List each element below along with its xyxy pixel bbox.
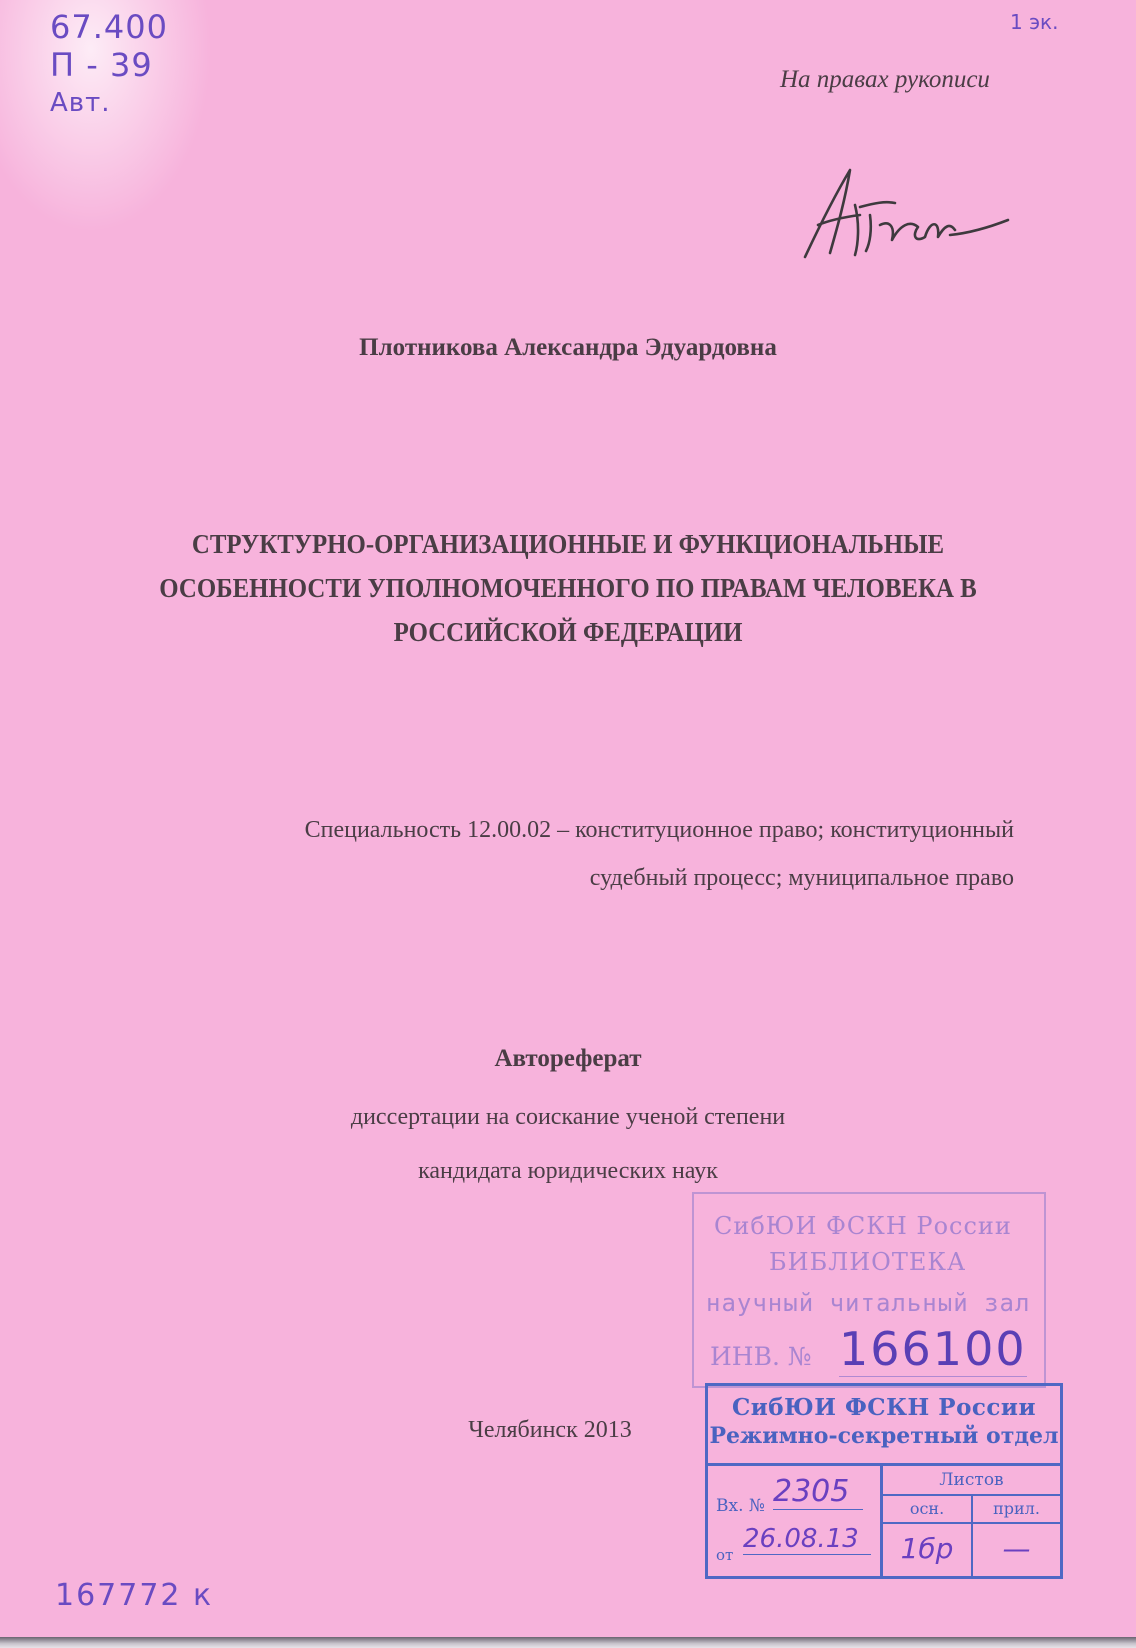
- handwritten-inventory-number: 167772 к: [55, 1578, 213, 1613]
- incoming-number: 2305: [773, 1474, 863, 1510]
- author-name: Плотникова Александра Эдуардовна: [0, 334, 1136, 362]
- document-page: 67.400 П - 39 Авт. 1 эк. На правах рукоп…: [0, 0, 1136, 1637]
- sheets-appendix-value: —: [973, 1532, 1060, 1565]
- library-stamp-library: БИБЛИОТЕКА: [769, 1248, 966, 1276]
- sheets-appendix: прил. —: [973, 1496, 1060, 1576]
- page-bottom-edge: [0, 1637, 1136, 1648]
- sheets-main-value: 1бр: [883, 1532, 971, 1565]
- call-number-line: Авт.: [50, 84, 168, 122]
- dissertation-title: СТРУКТУРНО-ОРГАНИЗАЦИОННЫЕ И ФУНКЦИОНАЛЬ…: [45, 522, 1090, 654]
- stamp-incoming: Вх. № 2305 от 26.08.13: [708, 1466, 883, 1576]
- library-stamp-hall: научный читальный зал: [706, 1289, 1030, 1317]
- from-date: 26.08.13: [743, 1524, 871, 1555]
- library-stamp-org: СибЮИ ФСКН России: [714, 1212, 1012, 1240]
- specialty-line: Специальность 12.00.02 – конституционное…: [196, 806, 1014, 854]
- library-stamp-inv-label: ИНВ. №: [710, 1342, 812, 1371]
- sheets-main-label: осн.: [883, 1496, 971, 1524]
- abstract-label: Автореферат: [0, 1045, 1136, 1073]
- signature-icon: [800, 165, 1010, 265]
- specialty-line: судебный процесс; муниципальное право: [196, 854, 1014, 902]
- call-number-line: 67.400: [50, 8, 168, 46]
- library-stamp: СибЮИ ФСКН России БИБЛИОТЕКА научный чит…: [692, 1192, 1046, 1388]
- call-number-line: П - 39: [50, 46, 168, 84]
- stamp-dept: Режимно-секретный отдел: [708, 1423, 1060, 1449]
- incoming-label: Вх. №: [716, 1496, 765, 1516]
- handwritten-call-number: 67.400 П - 39 Авт.: [50, 8, 168, 122]
- stamp-header: СибЮИ ФСКН России Режимно-секретный отде…: [708, 1386, 1060, 1466]
- rights-note: На правах рукописи: [780, 66, 990, 94]
- title-line: СТРУКТУРНО-ОРГАНИЗАЦИОННЫЕ И ФУНКЦИОНАЛЬ…: [45, 522, 1090, 566]
- title-line: РОССИЙСКОЙ ФЕДЕРАЦИИ: [45, 610, 1090, 654]
- specialty: Специальность 12.00.02 – конституционное…: [196, 806, 1014, 902]
- handwritten-copy-note: 1 эк.: [1010, 10, 1059, 34]
- stamp-org: СибЮИ ФСКН России: [708, 1394, 1060, 1421]
- sheets-label: Листов: [883, 1466, 1060, 1496]
- city-year: Челябинск 2013: [380, 1417, 720, 1444]
- title-line: ОСОБЕННОСТИ УПОЛНОМОЧЕННОГО ПО ПРАВАМ ЧЕ…: [45, 566, 1090, 610]
- secret-department-stamp: СибЮИ ФСКН России Режимно-секретный отде…: [705, 1383, 1063, 1579]
- degree-line: диссертации на соискание ученой степени: [0, 1104, 1136, 1131]
- from-label: от: [716, 1546, 733, 1564]
- sheets-appendix-label: прил.: [973, 1496, 1060, 1524]
- library-stamp-inv-number: 166100: [839, 1322, 1027, 1377]
- degree-line: кандидата юридических наук: [0, 1158, 1136, 1185]
- sheets-main: осн. 1бр: [883, 1496, 973, 1576]
